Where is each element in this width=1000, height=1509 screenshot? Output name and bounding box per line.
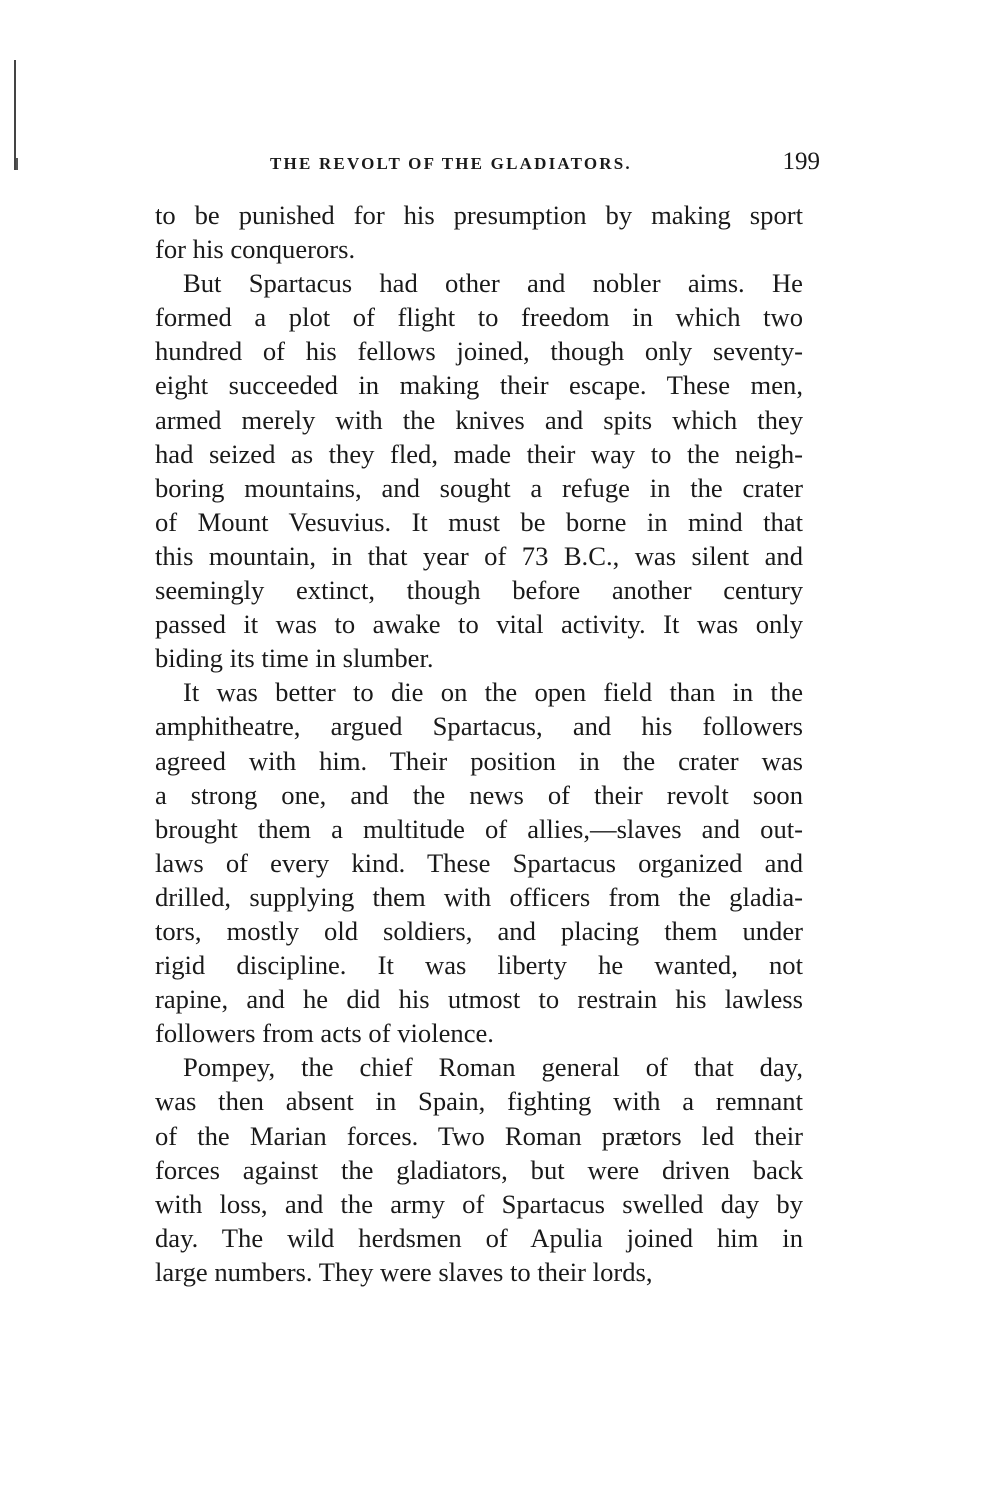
text-line: had seized as they fled, made their way …	[155, 437, 803, 471]
page-edge-scan-mark	[14, 60, 16, 170]
text-line: biding its time in slumber.	[155, 641, 803, 675]
page-edge-scan-mark	[16, 158, 18, 170]
text-line: day. The wild herdsmen of Apulia joined …	[155, 1221, 803, 1255]
text-line: formed a plot of flight to freedom in wh…	[155, 300, 803, 334]
text-line: amphitheatre, argued Spartacus, and his …	[155, 709, 803, 743]
paragraph: It was better to die on the open field t…	[155, 675, 803, 1050]
text-line: of the Marian forces. Two Roman prætors …	[155, 1119, 803, 1153]
text-line: a strong one, and the news of their revo…	[155, 778, 803, 812]
text-line: drilled, supplying them with officers fr…	[155, 880, 803, 914]
text-line: passed it was to awake to vital activity…	[155, 607, 803, 641]
text-line: was then absent in Spain, fighting with …	[155, 1084, 803, 1118]
text-line: rapine, and he did his utmost to restrai…	[155, 982, 803, 1016]
text-line: of Mount Vesuvius. It must be borne in m…	[155, 505, 803, 539]
page-header: THE REVOLT OF THE GLADIATORS. 199	[260, 148, 820, 184]
text-line: seemingly extinct, though before another…	[155, 573, 803, 607]
text-line: But Spartacus had other and nobler aims.…	[155, 266, 803, 300]
text-line: followers from acts of violence.	[155, 1016, 803, 1050]
body-text: to be punished for his presumption by ma…	[155, 198, 803, 1289]
text-line: It was better to die on the open field t…	[155, 675, 803, 709]
paragraph: But Spartacus had other and nobler aims.…	[155, 266, 803, 675]
text-line: armed merely with the knives and spits w…	[155, 403, 803, 437]
text-line: rigid discipline. It was liberty he want…	[155, 948, 803, 982]
paragraph: to be punished for his presumption by ma…	[155, 198, 803, 266]
text-line: boring mountains, and sought a refuge in…	[155, 471, 803, 505]
text-line: this mountain, in that year of 73 B.C., …	[155, 539, 803, 573]
text-line: eight succeeded in making their escape. …	[155, 368, 803, 402]
text-line: brought them a multitude of allies,—slav…	[155, 812, 803, 846]
text-line: Pompey, the chief Roman general of that …	[155, 1050, 803, 1084]
text-line: hundred of his fellows joined, though on…	[155, 334, 803, 368]
running-head: THE REVOLT OF THE GLADIATORS.	[270, 154, 632, 174]
text-line: agreed with him. Their position in the c…	[155, 744, 803, 778]
paragraph: Pompey, the chief Roman general of that …	[155, 1050, 803, 1289]
page-number: 199	[783, 148, 821, 176]
text-line: laws of every kind. These Spartacus orga…	[155, 846, 803, 880]
text-line: forces against the gladiators, but were …	[155, 1153, 803, 1187]
text-line: tors, mostly old soldiers, and placing t…	[155, 914, 803, 948]
text-line: large numbers. They were slaves to their…	[155, 1255, 803, 1289]
text-line: to be punished for his presumption by ma…	[155, 198, 803, 232]
text-line: with loss, and the army of Spartacus swe…	[155, 1187, 803, 1221]
text-line: for his conquerors.	[155, 232, 803, 266]
